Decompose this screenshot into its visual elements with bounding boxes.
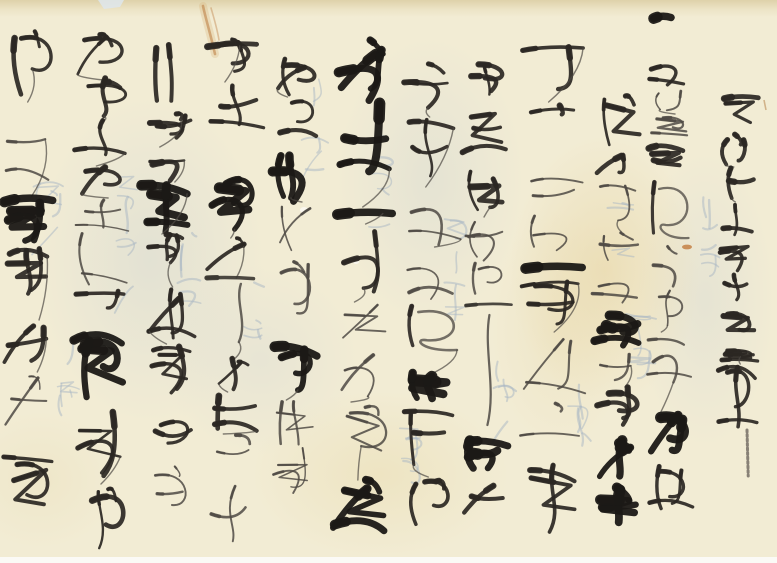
brush-stroke: [703, 197, 706, 217]
text-column-10: 存候以上尚又之段御: [143, 40, 196, 526]
text-column-11: 尚承知可申為以筆末: [72, 30, 132, 556]
brush-stroke: [709, 200, 710, 228]
stain-spot: [764, 100, 766, 110]
text-column-1: 乍恐上申以後書一筆: [718, 90, 758, 430]
text-column-2: 一渡前々繕用高鮮之中村: [645, 13, 690, 512]
text-column-4: 月中拙者一手成被: [520, 40, 585, 532]
brush-stroke: [61, 384, 62, 406]
text-column-6: 候得共何之以儀候: [402, 60, 460, 526]
paper-tear: [98, 0, 124, 9]
document-paper: 乍恐上申以後書一筆 一渡前々繕用高鮮之中村 候人共兵衛上ニ去丑九 月中拙者一手成…: [0, 0, 777, 557]
text-column-3: 候人共兵衛上ニ去丑九: [592, 92, 645, 528]
brush-stroke: [710, 256, 716, 276]
text-column-5: 下候節申候処以紙: [462, 60, 512, 522]
brush-stroke: [702, 245, 716, 250]
text-column-12: 岸如村之中候哉: [2, 28, 58, 532]
text-column-8: 以後至急ニ而紙面致: [270, 58, 322, 498]
text-column-7: 入服之事申候迄: [332, 38, 395, 532]
brush-stroke: [747, 430, 748, 476]
text-column-9: 宜敷被仰付以遅滞候: [205, 38, 262, 552]
brush-stroke: [701, 254, 720, 258]
